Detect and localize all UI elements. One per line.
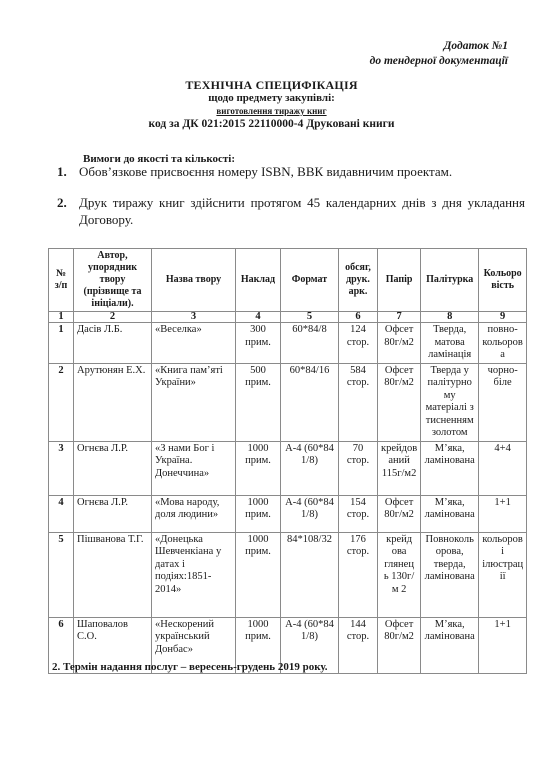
column-number: 9 [479,312,527,323]
column-number-row: 1 2 3 4 5 6 7 8 9 [49,312,527,323]
header-author: Автор, упорядник твору (прізвище та ініц… [74,249,152,312]
requirement-number: 2. [55,194,79,228]
header-volume: обсяг, друк. арк. [339,249,378,312]
color-cell: кольоров і ілюстрац ії [479,532,527,617]
title-cell: «Книга пам’яті України» [152,363,236,441]
table-header-row: № з/п Автор, упорядник твору (прізвище т… [49,249,527,312]
column-number: 8 [421,312,479,323]
requirement-text: Обов’язкове присвоєння номеру ISBN, ВВК … [79,163,525,180]
author-cell: Арутюнян Е.Х. [74,363,152,441]
table-row: 4Огнєва Л.Р.«Мова народу, доля людини»10… [49,495,527,532]
column-number: 1 [49,312,74,323]
header-run: Наклад [236,249,281,312]
table-body: 1Дасів Л.Б.«Веселка»300 прим.60*84/8124 … [49,323,527,674]
column-number: 2 [74,312,152,323]
requirement-text: Друк тиражу книг здійснити протягом 45 к… [79,194,525,228]
header-title: Назва твору [152,249,236,312]
paper-cell: крейдов аний 115г/м2 [378,441,421,495]
row-number: 5 [49,532,74,617]
row-number: 4 [49,495,74,532]
volume-cell: 70 стор. [339,441,378,495]
format-cell: 60*84/16 [281,363,339,441]
column-number: 7 [378,312,421,323]
volume-cell: 124 стор. [339,323,378,364]
format-cell: 84*108/32 [281,532,339,617]
header-format: Формат [281,249,339,312]
procurement-item: виготовлення тиражу книг [0,105,543,118]
requirement-item: 2. Друк тиражу книг здійснити протягом 4… [55,194,525,228]
specification-table: № з/п Автор, упорядник твору (прізвище т… [48,248,527,674]
title-cell: «Мова народу, доля людини» [152,495,236,532]
volume-cell: 176 стор. [339,532,378,617]
color-cell: 1+1 [479,617,527,673]
run-cell: 500 прим. [236,363,281,441]
header-color: Кольоро вість [479,249,527,312]
title-cell: «Донецька Шевченкіана у датах і подіях:1… [152,532,236,617]
table-row: 2Арутюнян Е.Х.«Книга пам’яті України»500… [49,363,527,441]
row-number: 3 [49,441,74,495]
paper-cell: Офсет 80г/м2 [378,323,421,364]
table-row: 5Пішванова Т.Г.«Донецька Шевченкіана у д… [49,532,527,617]
classifier-code: код за ДК 021:2015 22110000-4 Друковані … [0,118,543,131]
requirement-item: 1. Обов’язкове присвоєння номеру ISBN, В… [55,163,525,180]
volume-cell: 154 стор. [339,495,378,532]
format-cell: А-4 (60*84 1/8) [281,495,339,532]
run-cell: 300 прим. [236,323,281,364]
title-cell: «Веселка» [152,323,236,364]
binding-cell: Тверда, матова ламінація [421,323,479,364]
author-cell: Пішванова Т.Г. [74,532,152,617]
service-term-note: 2. Термін надання послуг – вересень-груд… [52,661,328,673]
binding-cell: Повноколь орова, тверда, ламінована [421,532,479,617]
color-cell: чорно-біле [479,363,527,441]
appendix-label: Додаток №1 до тендерної документації [370,39,508,69]
requirement-number: 1. [55,163,79,180]
appendix-subtitle: до тендерної документації [370,54,508,69]
header-number: № з/п [49,249,74,312]
color-cell: 1+1 [479,495,527,532]
run-cell: 1000 прим. [236,495,281,532]
binding-cell: М’яка, ламінована [421,441,479,495]
column-number: 5 [281,312,339,323]
header-binding: Палітурка [421,249,479,312]
table-row: 3Огнєва Л.Р.«З нами Бог і Україна. Донеч… [49,441,527,495]
volume-cell: 584 стор. [339,363,378,441]
paper-cell: Офсет 80г/м2 [378,495,421,532]
binding-cell: М’яка, ламінована [421,617,479,673]
row-number: 2 [49,363,74,441]
table-row: 1Дасів Л.Б.«Веселка»300 прим.60*84/8124 … [49,323,527,364]
run-cell: 1000 прим. [236,441,281,495]
volume-cell: 144 стор. [339,617,378,673]
column-number: 6 [339,312,378,323]
author-cell: Огнєва Л.Р. [74,495,152,532]
procurement-subject-label: щодо предмету закупівлі: [0,92,543,105]
title-cell: «З нами Бог і Україна. Донеччина» [152,441,236,495]
format-cell: 60*84/8 [281,323,339,364]
document-title: ТЕХНІЧНА СПЕЦИФІКАЦІЯ [0,79,543,92]
column-number: 3 [152,312,236,323]
document-title-block: ТЕХНІЧНА СПЕЦИФІКАЦІЯ щодо предмету заку… [0,79,543,131]
author-cell: Дасів Л.Б. [74,323,152,364]
format-cell: А-4 (60*84 1/8) [281,441,339,495]
run-cell: 1000 прим. [236,532,281,617]
color-cell: повно-кольоров а [479,323,527,364]
column-number: 4 [236,312,281,323]
appendix-number: Додаток №1 [370,39,508,54]
binding-cell: Тверда у палітурно му матеріалі з тиснен… [421,363,479,441]
binding-cell: М’яка, ламінована [421,495,479,532]
color-cell: 4+4 [479,441,527,495]
header-paper: Папір [378,249,421,312]
paper-cell: Офсет 80г/м2 [378,617,421,673]
paper-cell: Офсет 80г/м2 [378,363,421,441]
requirements-list: 1. Обов’язкове присвоєння номеру ISBN, В… [55,163,525,242]
author-cell: Огнєва Л.Р. [74,441,152,495]
paper-cell: крейд ова глянец ь 130г/м 2 [378,532,421,617]
row-number: 1 [49,323,74,364]
